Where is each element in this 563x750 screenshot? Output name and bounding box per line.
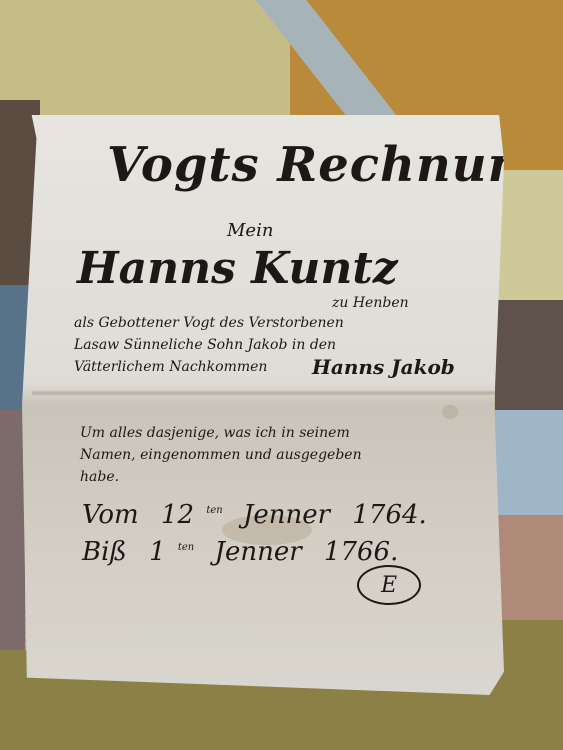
signature-monogram: E — [357, 565, 421, 605]
date-to-month: Jenner — [215, 537, 302, 567]
ward-name: Hanns Jakob — [312, 355, 455, 379]
knit-band-mauve-left — [0, 410, 25, 660]
date-to-suffix: ten — [178, 542, 194, 553]
date-to-year: 1766. — [324, 537, 398, 567]
knit-band-blue-right — [495, 410, 563, 520]
date-from: Vom 12 ten Jenner 1764. — [82, 500, 441, 530]
date-to-label: Biß — [82, 537, 127, 567]
guardian-name: Hanns Kuntz — [77, 243, 398, 294]
paragraph-line: Namen, eingenommen und ausgegeben — [80, 447, 362, 463]
salutation: Mein — [227, 220, 273, 241]
date-from-label: Vom — [82, 500, 139, 530]
paper-fold-line — [32, 390, 504, 396]
body-line: Vätterlichem Nachkommen — [74, 359, 267, 375]
date-from-month: Jenner — [243, 500, 330, 530]
document-paper: Vogts Rechnung Mein Hanns Kuntz zu Henbe… — [22, 115, 504, 695]
body-line: Lasaw Sünneliche Sohn Jakob in den — [74, 337, 336, 353]
date-to: Biß 1 ten Jenner 1766. — [82, 537, 412, 567]
paragraph-line: Um alles dasjenige, was ich in seinem — [80, 425, 350, 441]
date-to-day: 1 — [149, 537, 166, 567]
paragraph-line: habe. — [80, 469, 119, 485]
date-from-year: 1764. — [352, 500, 426, 530]
document-title: Vogts Rechnung — [107, 137, 558, 193]
body-line: als Gebottener Vogt des Verstorbenen — [74, 315, 344, 331]
monogram-letter: E — [381, 573, 397, 598]
date-from-suffix: ten — [206, 505, 222, 516]
knit-band-peach-right — [495, 515, 563, 625]
knit-band-brown-right — [495, 300, 563, 420]
paper-stain — [442, 405, 458, 419]
body-line: zu Henben — [332, 295, 409, 311]
date-from-day: 12 — [161, 500, 194, 530]
